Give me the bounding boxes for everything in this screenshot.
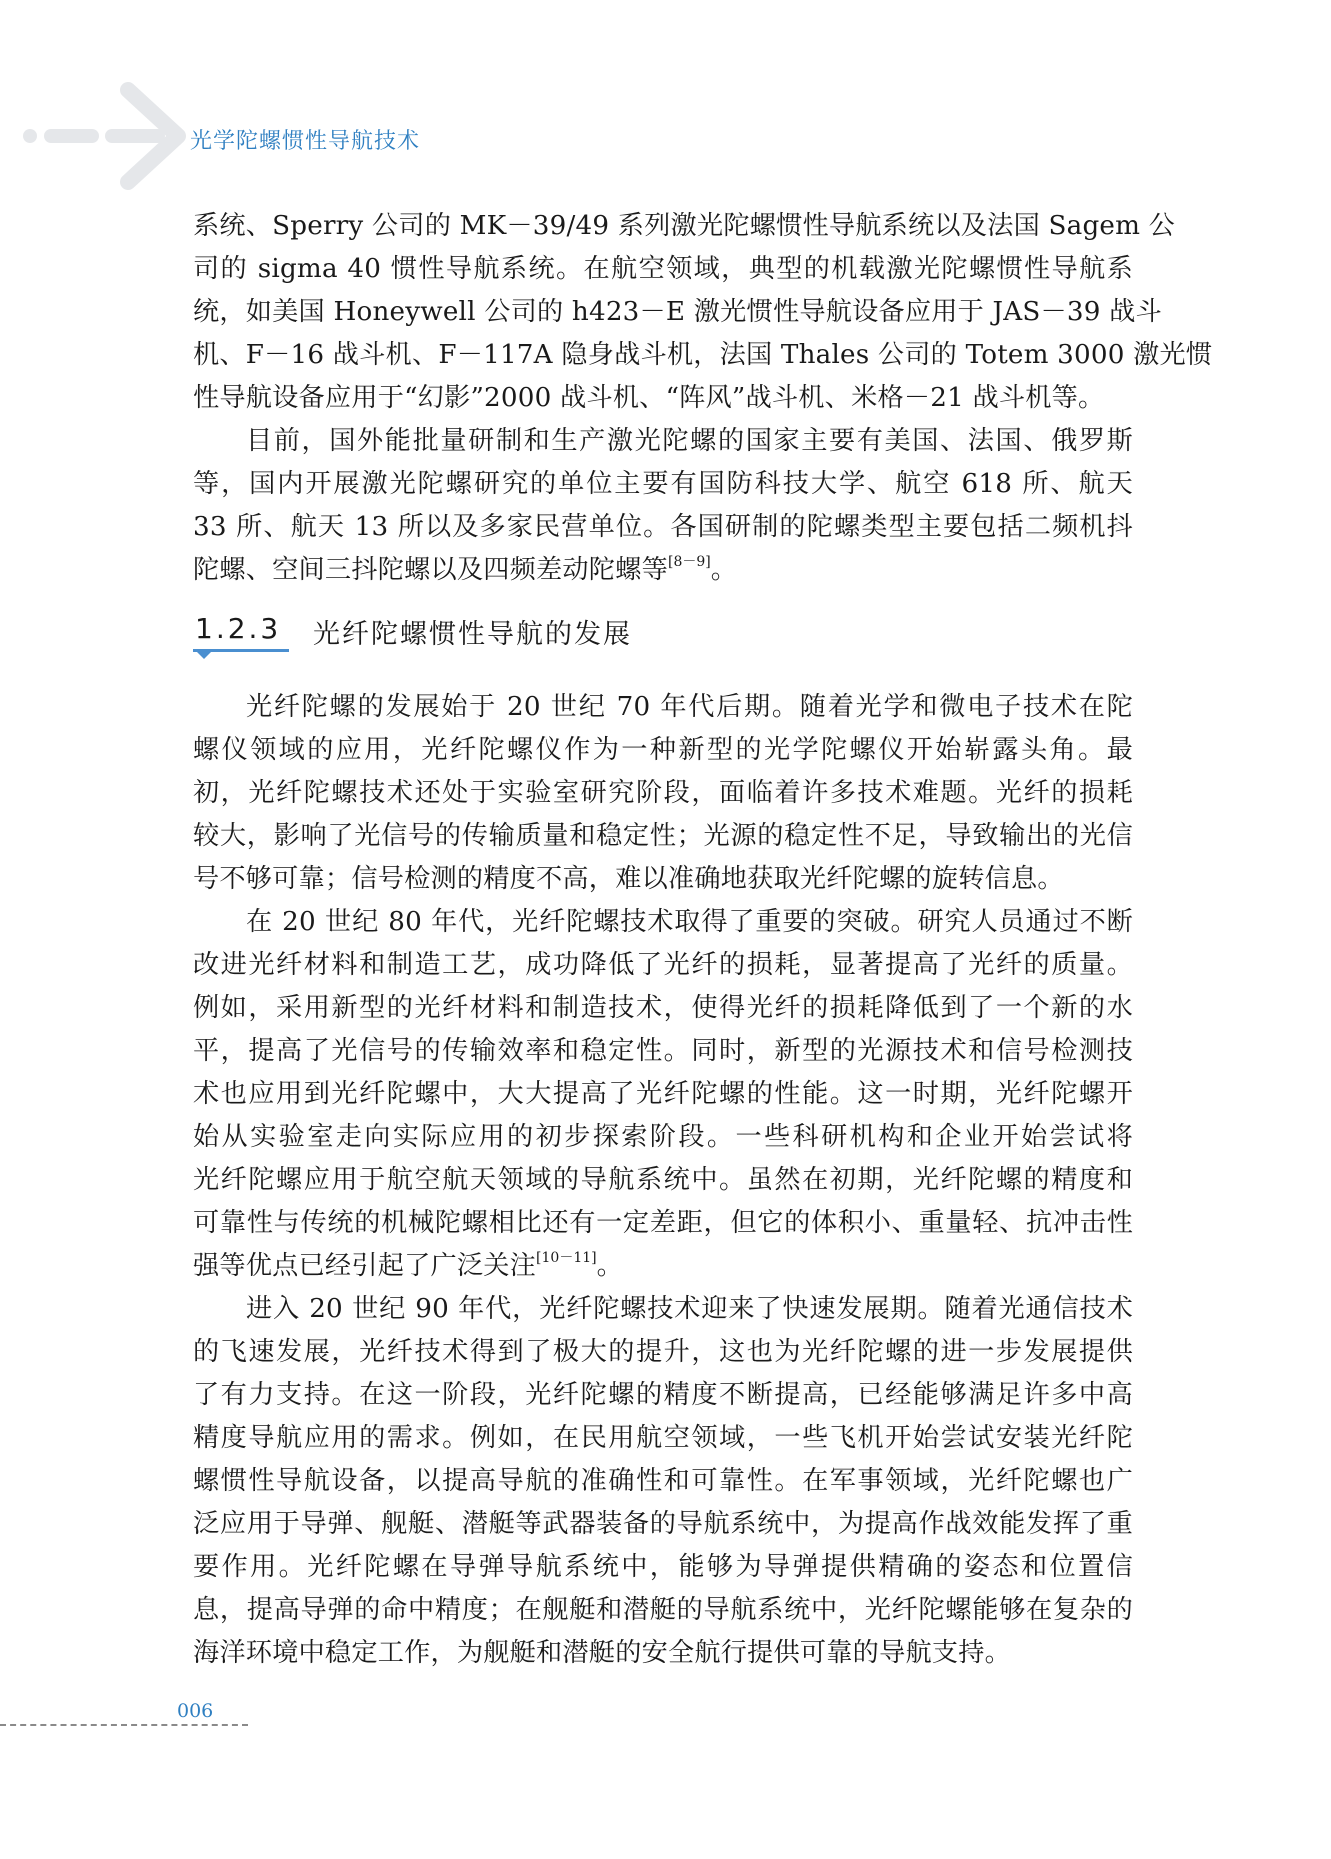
text-line: 例如，采用新型的光纤材料和制造技术，使得光纤的损耗降低到了一个新的水 xyxy=(193,987,1133,1030)
running-header-title: 光学陀螺惯性导航技术 xyxy=(190,124,420,155)
text-line: 33 所、航天 13 所以及多家民营单位。各国研制的陀螺类型主要包括二频机抖 xyxy=(193,506,1133,549)
text-line-with-citation: 强等优点已经引起了广泛关注[10－11]。 xyxy=(193,1245,1133,1288)
section-heading: 1.2.3 光纤陀螺惯性导航的发展 xyxy=(193,606,1133,670)
text-line: 性导航设备应用于“幻影”2000 战斗机、“阵风”战斗机、米格－21 战斗机等。 xyxy=(193,377,1133,420)
citation: [10－11] xyxy=(536,1250,597,1266)
paragraph: 进入 20 世纪 90 年代，光纤陀螺技术迎来了快速发展期。随着光通信技术 的飞… xyxy=(193,1288,1133,1675)
text-line: 统，如美国 Honeywell 公司的 h423－E 激光惯性导航设备应用于 J… xyxy=(193,291,1133,334)
text-line: 螺仪领域的应用，光纤陀螺仪作为一种新型的光学陀螺仪开始崭露头角。最 xyxy=(193,729,1133,772)
text-line: 泛应用于导弹、舰艇、潜艇等武器装备的导航系统中，为提高作战效能发挥了重 xyxy=(193,1503,1133,1546)
arrow-icon xyxy=(0,80,200,200)
text-line-with-citation: 陀螺、空间三抖陀螺以及四频差动陀螺等[8－9]。 xyxy=(193,549,1133,592)
footer-divider xyxy=(0,1724,248,1726)
paragraph: 光纤陀螺的发展始于 20 世纪 70 年代后期。随着光学和微电子技术在陀 螺仪领… xyxy=(193,686,1133,901)
paragraph: 系统、Sperry 公司的 MK－39/49 系列激光陀螺惯性导航系统以及法国 … xyxy=(193,205,1133,420)
text-segment: 强等优点已经引起了广泛关注 xyxy=(193,1251,536,1281)
text-line: 可靠性与传统的机械陀螺相比还有一定差距，但它的体积小、重量轻、抗冲击性 xyxy=(193,1202,1133,1245)
text-segment: 陀螺、空间三抖陀螺以及四频差动陀螺等 xyxy=(193,555,668,585)
text-line: 息，提高导弹的命中精度；在舰艇和潜艇的导航系统中，光纤陀螺能够在复杂的 xyxy=(193,1589,1133,1632)
text-line: 始从实验室走向实际应用的初步探索阶段。一些科研机构和企业开始尝试将 xyxy=(193,1116,1133,1159)
text-line: 改进光纤材料和制造工艺，成功降低了光纤的损耗，显著提高了光纤的质量。 xyxy=(193,944,1133,987)
text-line: 较大，影响了光信号的传输质量和稳定性；光源的稳定性不足，导致输出的光信 xyxy=(193,815,1133,858)
text-line: 的飞速发展，光纤技术得到了极大的提升，这也为光纤陀螺的进一步发展提供 xyxy=(193,1331,1133,1374)
text-line: 螺惯性导航设备，以提高导航的准确性和可靠性。在军事领域，光纤陀螺也广 xyxy=(193,1460,1133,1503)
text-line: 目前，国外能批量研制和生产激光陀螺的国家主要有美国、法国、俄罗斯 xyxy=(193,420,1133,463)
text-line: 系统、Sperry 公司的 MK－39/49 系列激光陀螺惯性导航系统以及法国 … xyxy=(193,205,1133,248)
section-number: 1.2.3 xyxy=(195,612,281,645)
text-line: 光纤陀螺应用于航空航天领域的导航系统中。虽然在初期，光纤陀螺的精度和 xyxy=(193,1159,1133,1202)
text-line: 术也应用到光纤陀螺中，大大提高了光纤陀螺的性能。这一时期，光纤陀螺开 xyxy=(193,1073,1133,1116)
triangle-marker-icon xyxy=(197,652,211,659)
text-segment: 。 xyxy=(711,555,737,585)
text-line: 进入 20 世纪 90 年代，光纤陀螺技术迎来了快速发展期。随着光通信技术 xyxy=(193,1288,1133,1331)
text-line: 光纤陀螺的发展始于 20 世纪 70 年代后期。随着光学和微电子技术在陀 xyxy=(193,686,1133,729)
text-line: 平，提高了光信号的传输效率和稳定性。同时，新型的光源技术和信号检测技 xyxy=(193,1030,1133,1073)
text-line: 海洋环境中稳定工作，为舰艇和潜艇的安全航行提供可靠的导航支持。 xyxy=(193,1632,1133,1675)
citation: [8－9] xyxy=(668,554,711,570)
page-number: 006 xyxy=(177,1700,213,1722)
text-line: 要作用。光纤陀螺在导弹导航系统中，能够为导弹提供精确的姿态和位置信 xyxy=(193,1546,1133,1589)
text-line: 等，国内开展激光陀螺研究的单位主要有国防科技大学、航空 618 所、航天 xyxy=(193,463,1133,506)
text-line: 机、F－16 战斗机、F－117A 隐身战斗机，法国 Thales 公司的 To… xyxy=(193,334,1133,377)
section-title: 光纤陀螺惯性导航的发展 xyxy=(313,612,632,651)
text-line: 号不够可靠；信号检测的精度不高，难以准确地获取光纤陀螺的旋转信息。 xyxy=(193,858,1133,901)
paragraph: 在 20 世纪 80 年代，光纤陀螺技术取得了重要的突破。研究人员通过不断 改进… xyxy=(193,901,1133,1288)
text-line: 精度导航应用的需求。例如，在民用航空领域，一些飞机开始尝试安装光纤陀 xyxy=(193,1417,1133,1460)
paragraph: 目前，国外能批量研制和生产激光陀螺的国家主要有美国、法国、俄罗斯 等，国内开展激… xyxy=(193,420,1133,592)
text-line: 司的 sigma 40 惯性导航系统。在航空领域，典型的机载激光陀螺惯性导航系 xyxy=(193,248,1133,291)
text-line: 了有力支持。在这一阶段，光纤陀螺的精度不断提高，已经能够满足许多中高 xyxy=(193,1374,1133,1417)
body-text: 系统、Sperry 公司的 MK－39/49 系列激光陀螺惯性导航系统以及法国 … xyxy=(193,205,1133,1675)
text-line: 在 20 世纪 80 年代，光纤陀螺技术取得了重要的突破。研究人员通过不断 xyxy=(193,901,1133,944)
text-line: 初，光纤陀螺技术还处于实验室研究阶段，面临着许多技术难题。光纤的损耗 xyxy=(193,772,1133,815)
text-segment: 。 xyxy=(597,1251,623,1281)
